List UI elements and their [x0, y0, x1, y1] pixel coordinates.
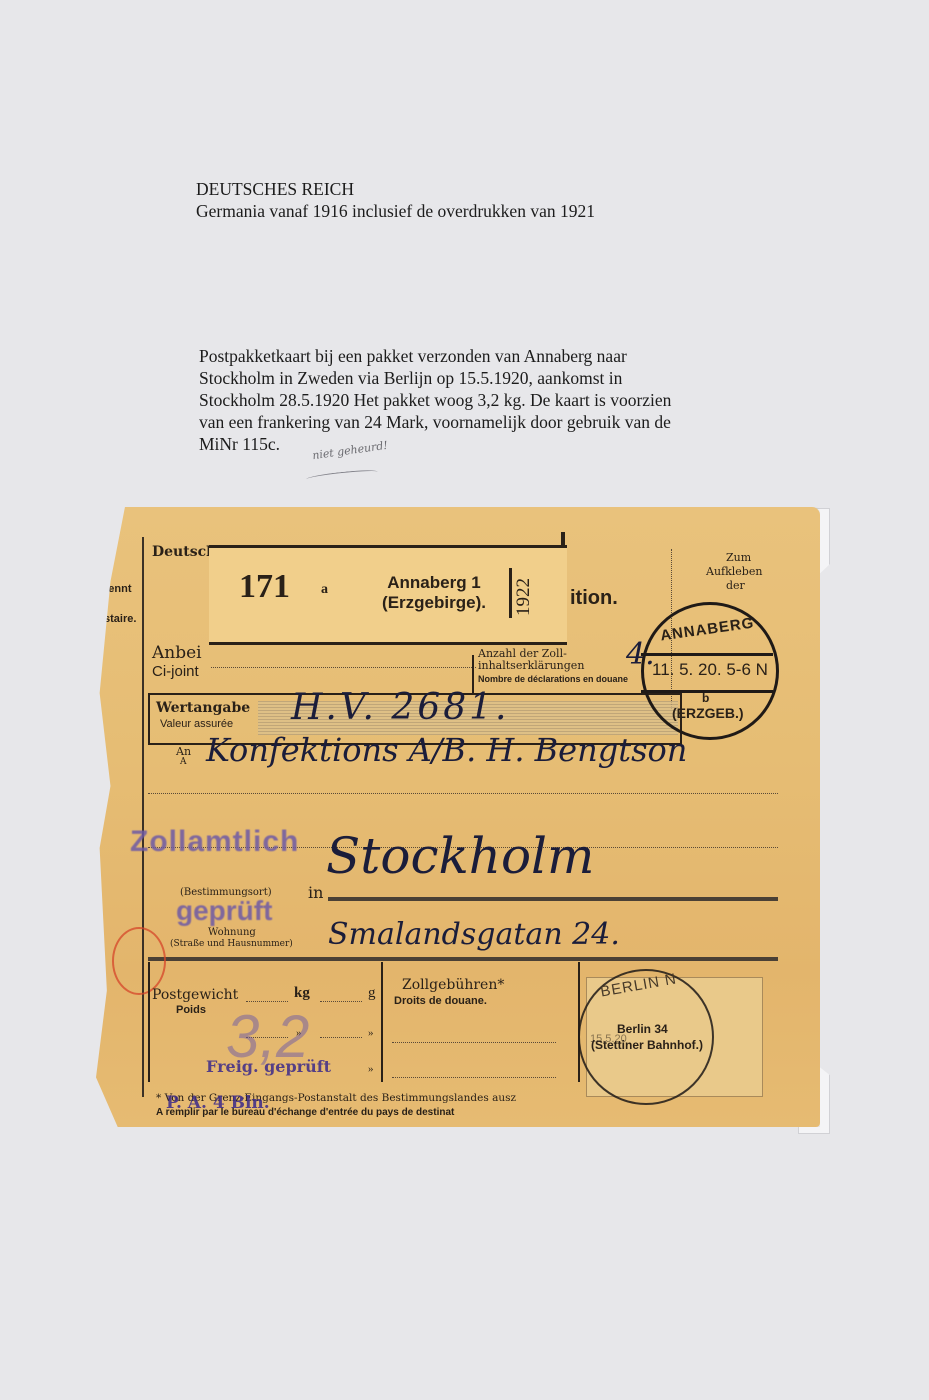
recipient-prefix-fr: A	[180, 757, 187, 767]
street-label: (Straße und Hausnummer)	[170, 939, 293, 949]
insured-value: H.V. 2681.	[291, 687, 510, 728]
anbei-label: Anbei	[152, 643, 202, 663]
margin-text: staire.	[104, 613, 136, 625]
customs-label: Zollgebühren*	[402, 977, 504, 993]
freig-stamp: Freig. geprüft	[206, 1057, 331, 1076]
destination-place: Stockholm	[326, 827, 594, 885]
ditto-mark: »	[368, 1027, 374, 1039]
customs-line	[392, 1042, 556, 1043]
customs-label-fr: Droits de douane.	[394, 995, 487, 1007]
weight-label: Postgewicht	[152, 987, 238, 1003]
declaration-label: inhaltserklärungen	[478, 659, 584, 672]
pa-stamp: P. A. 4 Bln.	[166, 1093, 270, 1113]
postmark-date: 11. 5. 20. 5-6 N	[652, 660, 768, 680]
cijoint-label: Ci-joint	[152, 663, 199, 680]
ditto-mark: »	[368, 1063, 374, 1075]
postmark-date: 15.5.20	[590, 1033, 627, 1045]
page-subtitle: Germania vanaf 1916 inclusief de overdru…	[196, 200, 595, 222]
weight-g-line	[320, 1001, 362, 1002]
description-line: van een frankering van 24 Mark, voorname…	[199, 411, 799, 433]
page-title: DEUTSCHES REICH	[196, 178, 595, 200]
red-seal	[112, 927, 166, 995]
recipient-name: Konfektions A/B. H. Bengtson	[206, 731, 687, 769]
description-line: MiNr 115c.	[199, 433, 799, 455]
weight-line	[320, 1037, 362, 1038]
bottom-frame	[148, 962, 150, 1082]
anbei-line	[211, 667, 476, 668]
weight-g: g	[368, 985, 376, 1002]
margin-text: rennt	[104, 583, 132, 595]
description-line: Postpakketkaart bij een pakket verzonden…	[199, 345, 799, 367]
card-title-fragment: ition.	[570, 587, 618, 610]
label-office: Annaberg 1 (Erzgebirge).	[359, 573, 509, 613]
postmark-letter: b	[702, 691, 709, 705]
postmark-top: BERLIN N	[599, 970, 678, 1000]
label-number: 171	[239, 568, 290, 606]
description-line: Stockholm in Zweden via Berlijn op 15.5.…	[199, 367, 799, 389]
stamp-box-text: Zum	[726, 551, 751, 564]
description-line: Stockholm 28.5.1920 Het pakket woog 3,2 …	[199, 389, 799, 411]
address-rule	[148, 957, 778, 961]
label-divider	[509, 568, 512, 618]
value-label-fr: Valeur assurée	[160, 718, 233, 730]
value-label: Wertangabe	[156, 700, 250, 716]
label-year: 1922	[513, 578, 535, 616]
weight-label-fr: Poids	[176, 1004, 206, 1016]
weight-divider	[381, 962, 383, 1082]
recipient-line	[148, 793, 778, 794]
street-address: Smalandsgatan 24.	[328, 917, 620, 952]
postmark-berlin: BERLIN N 15.5.20	[578, 969, 714, 1105]
pencil-underline	[306, 468, 378, 482]
office-label: 171 a Annaberg 1 (Erzgebirge). 1922	[209, 545, 567, 645]
frame-left	[142, 537, 144, 1097]
label-office-line: Annaberg 1	[359, 573, 509, 593]
destination-in: in	[308, 883, 323, 902]
stamp-box-text: der	[726, 579, 745, 592]
street-label: Wohnung	[208, 927, 256, 938]
postmark-bottom: (ERZGEB.)	[672, 705, 744, 721]
label-suffix: a	[321, 582, 328, 598]
stamp-box-text: Aufkleben	[706, 565, 762, 578]
checked-stamp: geprüft	[176, 895, 272, 927]
weight-kg: kg	[294, 985, 310, 1002]
customs-stamp: Zollamtlich	[130, 825, 299, 859]
destination-rule	[328, 897, 778, 901]
postmark-top: ANNABERG	[659, 614, 755, 644]
parcel-card: rennt staire. Deutschland. — Administrat…	[96, 507, 820, 1127]
description: Postpakketkaart bij een pakket verzonden…	[199, 345, 799, 455]
customs-line	[392, 1077, 556, 1078]
postmark-annaberg: ANNABERG 11. 5. 20. 5-6 N b (ERZGEB.)	[641, 602, 779, 740]
declaration-label: Nombre de déclarations en douane	[478, 674, 628, 684]
label-office-line: (Erzgebirge).	[359, 593, 509, 613]
page-header: DEUTSCHES REICH Germania vanaf 1916 incl…	[196, 178, 595, 222]
